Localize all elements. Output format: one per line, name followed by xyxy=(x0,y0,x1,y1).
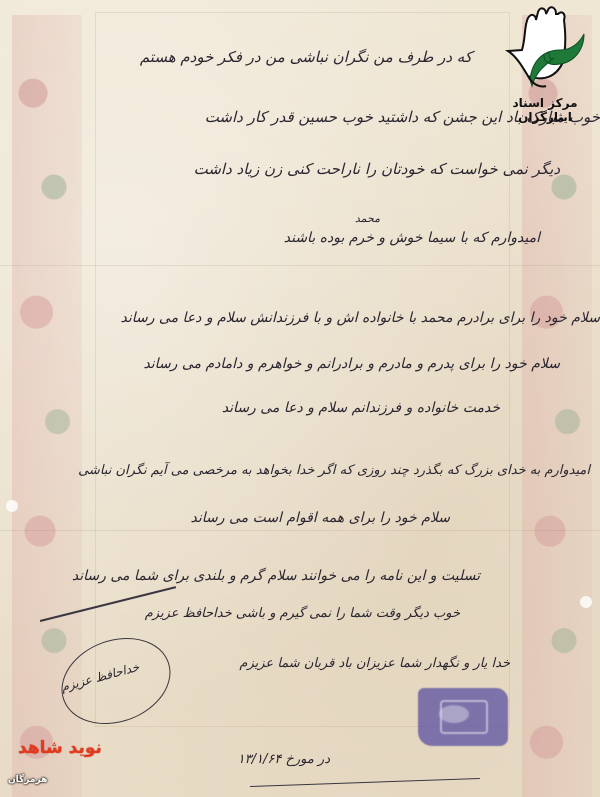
pen-stroke xyxy=(250,778,480,787)
letter-line: امیدوارم به خدای بزرگ که بگذرد چند روزی … xyxy=(78,463,590,478)
letter-line: که در طرف من نگران نباشی من در فکر خودم … xyxy=(140,48,472,66)
date-value: ۱۳/۱/۶۴ xyxy=(238,752,282,767)
letter-line: دیگر نمی خواست که خودتان را ناراحت کنی ز… xyxy=(194,160,560,178)
letter-line: سلام خود را برای همه اقوام است می رساند xyxy=(191,510,451,526)
hand-dove-icon xyxy=(488,6,600,98)
letter-line: سلام خود را برای پدرم و مادرم و برادرانم… xyxy=(143,356,560,372)
stamp-emblem xyxy=(440,700,488,734)
date-line: در مورخ ۱۳/۱/۶۴ xyxy=(238,752,330,767)
navid-shahed-logo-subtitle: هرمزگان xyxy=(8,775,47,785)
letter-line: خدمت خانواده و فرزندانم سلام و دعا می رس… xyxy=(222,400,500,416)
ink-stamp xyxy=(418,688,508,746)
closing-line: خدا یار و نگهدار شما عزیزان باد قربان شم… xyxy=(239,656,510,671)
date-label: در مورخ xyxy=(285,752,330,767)
letter-line: خوب دیگر وقت شما را نمی گیرم و باشی خداح… xyxy=(145,606,460,621)
superscript-note: محمد xyxy=(355,212,380,225)
letter-line: تسلیت و این نامه را می خوانند سلام گرم و… xyxy=(72,568,480,584)
letter-line: سلام خود را برای برادرم محمد با خانواده … xyxy=(120,310,600,326)
isargaran-logo-caption: مرکز اسناد ایثارگران xyxy=(490,96,600,124)
letter-line: امیدوارم که با سیما خوش و خرم بوده باشند xyxy=(284,230,540,246)
navid-shahed-logo-title: نوید شاهد xyxy=(18,740,102,757)
